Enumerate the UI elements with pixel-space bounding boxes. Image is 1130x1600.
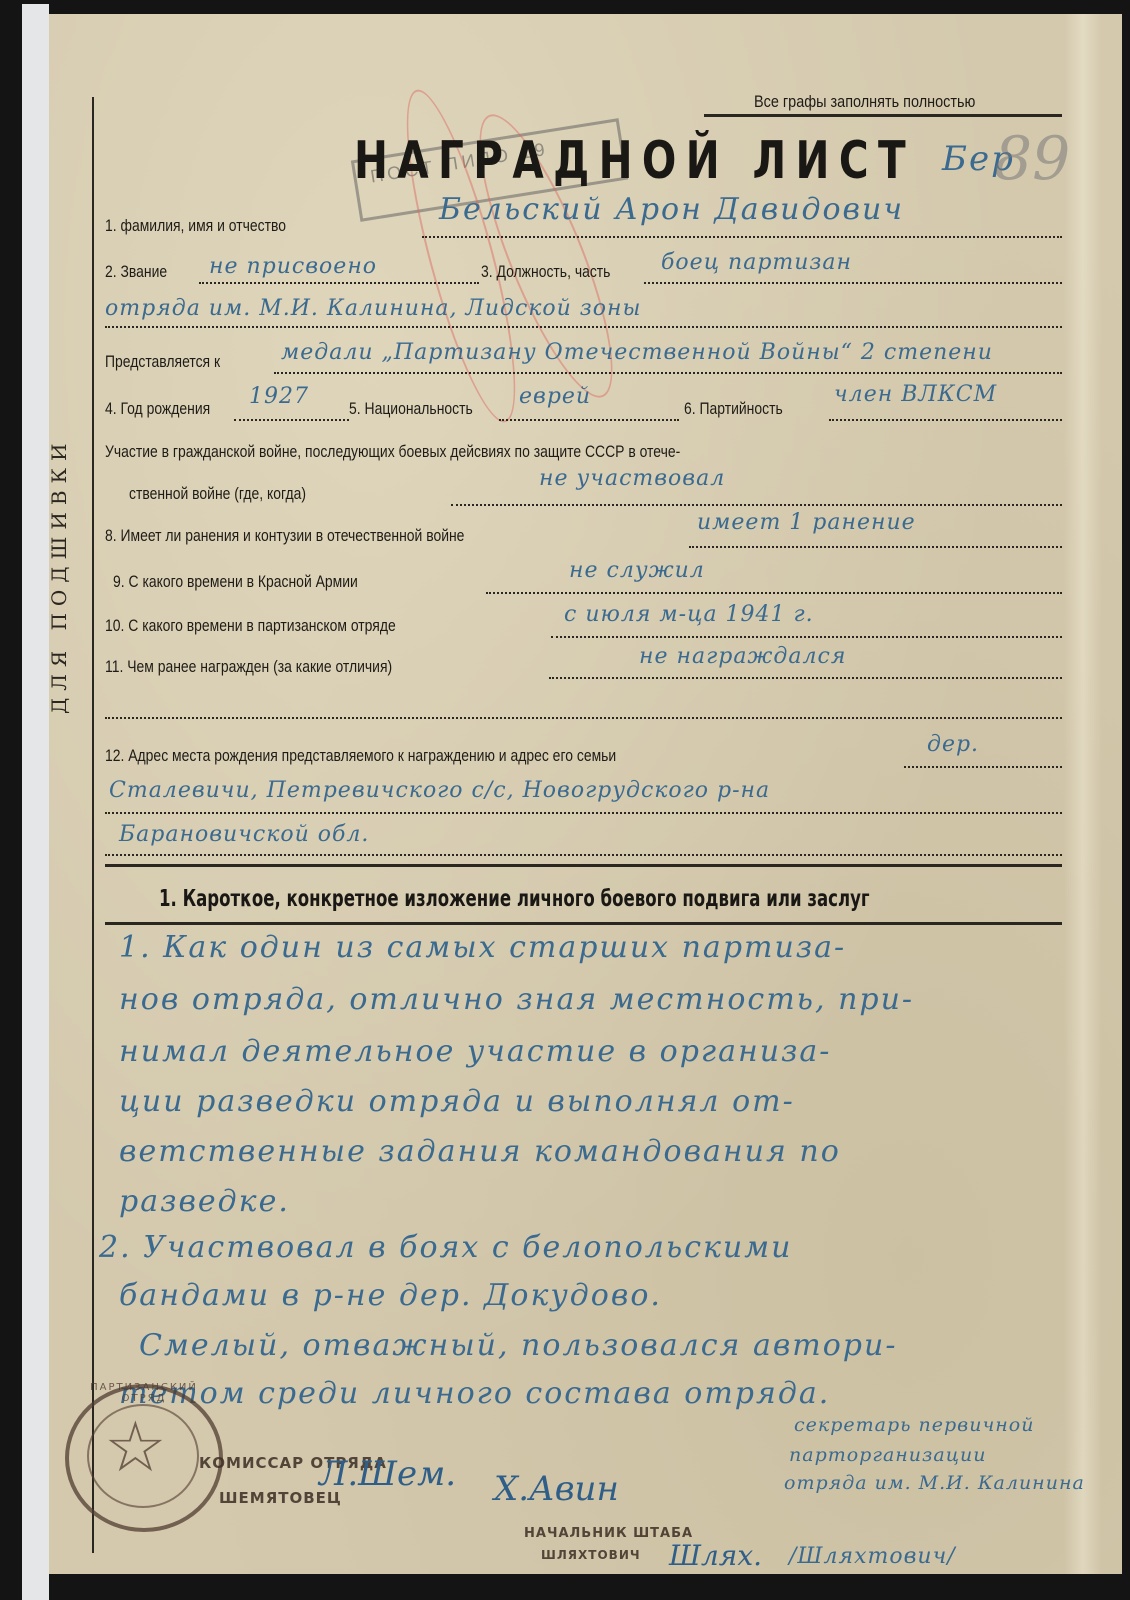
field-7-label-line1: Участие в гражданской войне, последующих… bbox=[105, 442, 680, 462]
field-11-line bbox=[549, 677, 1062, 679]
field-4-label: 4. Год рождения bbox=[105, 399, 210, 419]
star-icon: ☆ bbox=[104, 1406, 167, 1488]
corner-pencil-note: 89 bbox=[994, 124, 1070, 194]
field-11-label: 11. Чем ранее награжден (за какие отличи… bbox=[105, 657, 392, 677]
section-bottom-rule bbox=[105, 922, 1062, 925]
field-3-line bbox=[644, 282, 1062, 284]
field-4-line bbox=[234, 419, 349, 421]
fill-all-fields-notice: Все графы заполнять полностью bbox=[754, 92, 975, 112]
field-3-value-continued: отряда им. М.И. Калинина, Лидской зоны bbox=[105, 296, 641, 321]
field-5-value: еврей bbox=[519, 384, 591, 409]
chief-of-staff-signature: Х.Авин bbox=[494, 1469, 619, 1509]
field-5-line bbox=[499, 419, 679, 421]
field-9-value: не служил bbox=[569, 558, 705, 583]
award-line bbox=[274, 372, 1062, 374]
merit-line-9: Смелый, отважный, пользовался автори- bbox=[139, 1328, 897, 1363]
field-2-value: не присвоено bbox=[209, 254, 377, 279]
paper-fold bbox=[1064, 14, 1102, 1574]
field-1-label: 1. фамилия, имя и отчество bbox=[105, 216, 286, 236]
field-12-value-line3: Барановичской обл. bbox=[119, 822, 369, 847]
field-8-line bbox=[689, 546, 1062, 548]
secretary-signature: Шлях. bbox=[669, 1539, 762, 1572]
section-heading: 1. Каротκое, конкретное изложение личног… bbox=[159, 886, 870, 912]
field-3-label: 3. Должность, часть bbox=[481, 262, 610, 282]
field-7-label-line2: ственной войне (где, когда) bbox=[129, 484, 306, 504]
merit-line-10: тетом среди личного состава отряда. bbox=[119, 1376, 830, 1411]
field-12-line bbox=[904, 766, 1062, 768]
chief-of-staff-stamp-line2: ШЛЯХТОВИЧ bbox=[541, 1548, 641, 1562]
commissar-signature: Л.Шем. bbox=[319, 1454, 456, 1494]
section-top-rule bbox=[105, 864, 1062, 867]
field-6-label: 6. Партийность bbox=[684, 399, 783, 419]
field-9-label: 9. С какого времени в Красной Армии bbox=[113, 572, 358, 592]
field-11-extra-line bbox=[105, 717, 1062, 719]
field-2-label: 2. Звание bbox=[105, 262, 167, 282]
field-7-line bbox=[451, 504, 1062, 506]
award-label: Представляется к bbox=[105, 352, 220, 372]
binding-margin-line bbox=[92, 97, 94, 1553]
field-12-line-3 bbox=[105, 854, 1062, 856]
chief-of-staff-stamp-line1: НАЧАЛЬНИК ШТАБА bbox=[524, 1526, 693, 1541]
field-1-value: Бельский Арон Давидович bbox=[439, 192, 904, 227]
field-6-line bbox=[829, 419, 1062, 421]
document-title: НАГРАДНОЙ ЛИСТ bbox=[354, 131, 915, 191]
secretary-title-line1: секретарь первичной bbox=[794, 1414, 1034, 1436]
secretary-name: /Шляхтович/ bbox=[789, 1544, 956, 1569]
merit-line-3: нимал деятельное участие в организа- bbox=[119, 1034, 831, 1069]
field-8-value: имеет 1 ранение bbox=[697, 510, 916, 535]
field-10-line bbox=[551, 636, 1062, 638]
field-7-value: не участвовал bbox=[539, 466, 725, 491]
binding-label: ДЛЯ ПОДШИВКИ bbox=[47, 414, 71, 714]
field-6-value: член ВЛКСМ bbox=[834, 382, 997, 407]
field-4-value: 1927 bbox=[249, 384, 309, 409]
seal-text: ПАРТИЗАНСКИЙ ОТРЯД bbox=[69, 1382, 219, 1404]
field-12-line-2 bbox=[105, 812, 1062, 814]
field-12-value-line2: Сталевичи, Петревичского с/с, Новогрудск… bbox=[109, 778, 770, 803]
award-sheet-paper: ДЛЯ ПОДШИВКИ Все графы заполнять полност… bbox=[49, 14, 1122, 1574]
field-3-continuation-line bbox=[105, 326, 1062, 328]
merit-line-1: 1. Как один из самых старших партиза- bbox=[119, 930, 846, 965]
field-10-label: 10. С какого времени в партизанском отря… bbox=[105, 616, 396, 636]
merit-line-5: ветственные задания командования по bbox=[119, 1134, 841, 1169]
award-value: медали „Партизану Отечественной Войны“ 2… bbox=[281, 340, 993, 365]
field-9-line bbox=[486, 592, 1062, 594]
field-3-value: боец партизан bbox=[661, 250, 852, 275]
field-2-line bbox=[199, 282, 479, 284]
field-1-line bbox=[422, 236, 1062, 238]
merit-line-2: нов отряда, отлично зная местность, при- bbox=[119, 982, 914, 1017]
merit-line-6: разведке. bbox=[119, 1184, 290, 1219]
field-12-value-line1: дер. bbox=[927, 732, 979, 757]
merit-line-7: 2. Участвовал в боях с белопольскими bbox=[99, 1230, 792, 1265]
field-12-label: 12. Адрес места рождения представляемого… bbox=[105, 746, 616, 766]
field-8-label: 8. Имеет ли ранения и контузии в отечест… bbox=[105, 526, 464, 546]
field-5-label: 5. Национальность bbox=[349, 399, 473, 419]
secretary-title-line2: парторганизации bbox=[789, 1444, 986, 1466]
merit-line-8: бандами в р-не дер. Докудово. bbox=[119, 1278, 662, 1313]
field-10-value: с июля м-ца 1941 г. bbox=[564, 602, 814, 627]
notice-underline bbox=[704, 114, 1062, 117]
merit-line-4: ции разведки отряда и выполнял от- bbox=[119, 1084, 795, 1119]
secretary-title-line3: отряда им. М.И. Калинина bbox=[784, 1472, 1085, 1494]
field-11-value: не награждался bbox=[639, 644, 846, 669]
scan-white-strip bbox=[22, 4, 49, 1600]
